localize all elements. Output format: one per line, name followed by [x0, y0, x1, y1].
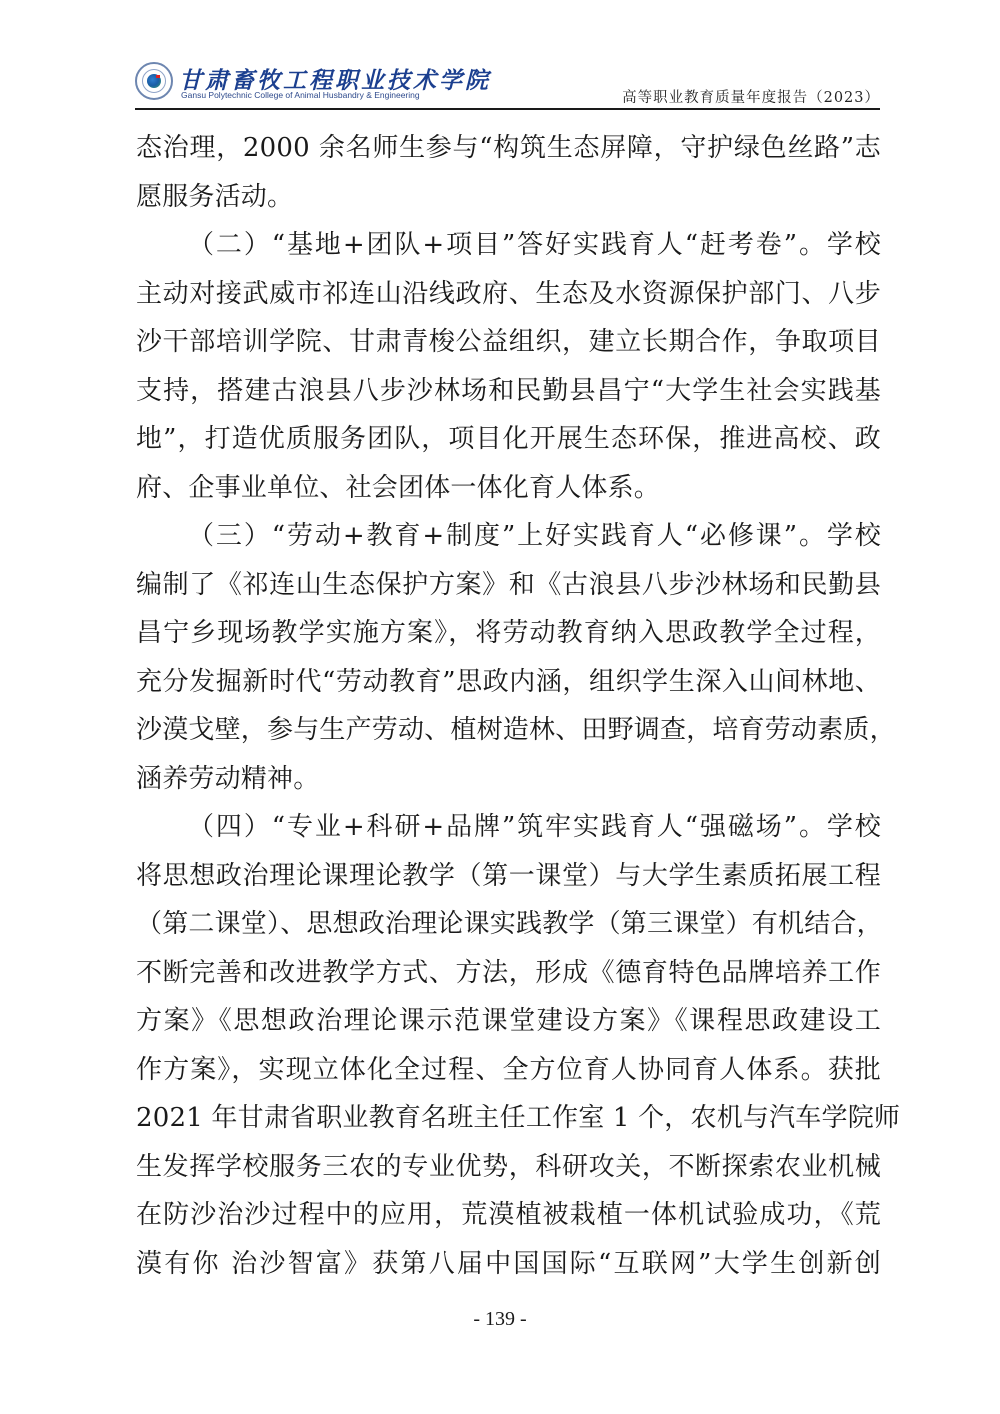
text-line: 支持，搭建古浪县八步沙林场和民勤县昌宁“大学生社会实践基	[136, 367, 881, 416]
text-line: 愿服务活动。	[136, 173, 881, 222]
text-line: 地”，打造优质服务团队，项目化开展生态环保，推进高校、政	[136, 415, 881, 464]
text-line: 主动对接武威市祁连山沿线政府、生态及水资源保护部门、八步	[136, 270, 881, 319]
text-line: （四）“专业+科研+品牌”筑牢实践育人“强磁场”。学校	[136, 803, 881, 852]
text-line: 2021 年甘肃省职业教育名班主任工作室 1 个，农机与汽车学院师	[136, 1094, 881, 1143]
text-line: （第二课堂）、思想政治理论课实践教学（第三课堂）有机结合，	[136, 900, 881, 949]
report-title: 高等职业教育质量年度报告（2023）	[622, 86, 880, 107]
text-line: 漠有你 治沙智富》获第八届中国国际“互联网”大学生创新创	[136, 1240, 881, 1289]
text-line: 将思想政治理论课理论教学（第一课堂）与大学生素质拓展工程	[136, 852, 881, 901]
text-line: 府、企事业单位、社会团体一体化育人体系。	[136, 464, 881, 513]
document-body: 态治理，2000 余名师生参与“构筑生态屏障，守护绿色丝路”志 愿服务活动。 （…	[136, 124, 881, 1288]
header-divider	[135, 108, 880, 110]
college-emblem-icon	[135, 62, 173, 100]
paragraph-1-continuation: 态治理，2000 余名师生参与“构筑生态屏障，守护绿色丝路”志 愿服务活动。	[136, 124, 881, 221]
text-line: 沙漠戈壁，参与生产劳动、植树造林、田野调查，培育劳动素质，	[136, 706, 881, 755]
text-line: 作方案》，实现立体化全过程、全方位育人协同育人体系。获批	[136, 1046, 881, 1095]
text-line: （三）“劳动+教育+制度”上好实践育人“必修课”。学校	[136, 512, 881, 561]
text-line: 不断完善和改进教学方式、方法，形成《德育特色品牌培养工作	[136, 949, 881, 998]
text-line: 涵养劳动精神。	[136, 755, 881, 804]
text-line: 生发挥学校服务三农的专业优势，科研攻关，不断探索农业机械	[136, 1143, 881, 1192]
text-line: 昌宁乡现场教学实施方案》，将劳动教育纳入思政教学全过程，	[136, 609, 881, 658]
text-line: 方案》《思想政治理论课示范课堂建设方案》《课程思政建设工	[136, 997, 881, 1046]
paragraph-4-major-research-brand: （四）“专业+科研+品牌”筑牢实践育人“强磁场”。学校 将思想政治理论课理论教学…	[136, 803, 881, 1288]
college-name-en: Gansu Polytechnic College of Animal Husb…	[181, 90, 420, 100]
text-line: 编制了《祁连山生态保护方案》和《古浪县八步沙林场和民勤县	[136, 561, 881, 610]
text-line: 沙干部培训学院、甘肃青梭公益组织，建立长期合作，争取项目	[136, 318, 881, 367]
emblem-flag	[156, 75, 160, 78]
paragraph-3-labor-education: （三）“劳动+教育+制度”上好实践育人“必修课”。学校 编制了《祁连山生态保护方…	[136, 512, 881, 803]
page-number: - 139 -	[0, 1308, 1000, 1331]
text-line: （二）“基地+团队+项目”答好实践育人“赶考卷”。学校	[136, 221, 881, 270]
paragraph-2-base-team-project: （二）“基地+团队+项目”答好实践育人“赶考卷”。学校 主动对接武威市祁连山沿线…	[136, 221, 881, 512]
text-line: 态治理，2000 余名师生参与“构筑生态屏障，守护绿色丝路”志	[136, 124, 881, 173]
page-header: 甘肃畜牧工程职业技术学院 Gansu Polytechnic College o…	[135, 60, 880, 108]
text-line: 在防沙治沙过程中的应用，荒漠植被栽植一体机试验成功，《荒	[136, 1191, 881, 1240]
text-line: 充分发掘新时代“劳动教育”思政内涵，组织学生深入山间林地、	[136, 658, 881, 707]
